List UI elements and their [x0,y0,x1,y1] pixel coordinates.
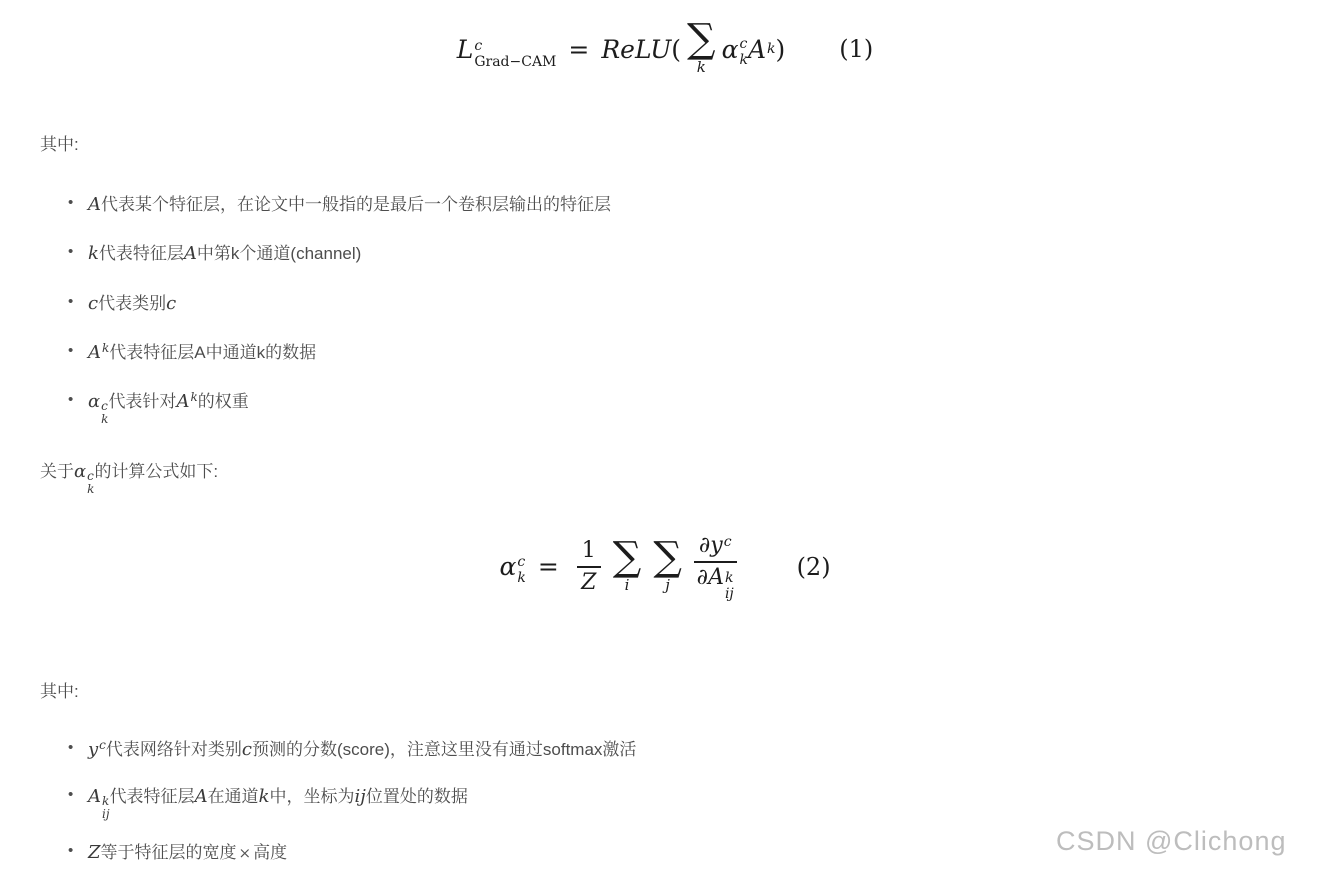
eq2-lhs-base: α [499,554,516,579]
text-segment: 关于 [40,462,74,481]
text-segment: 的权重 [198,392,249,411]
eq1-sum: ∑k [687,23,716,75]
text-segment: 中，坐标为 [269,787,354,806]
text-segment: 代表类别 [98,294,166,313]
csdn-watermark: CSDN @Clichong [1056,826,1286,857]
text-segment: 代表某个特征层，在论文中一般指的是最后一个卷积层输出的特征层 [101,195,611,214]
text-segment: 位置处的数据 [366,787,468,806]
equation-2: αck = 1Z ∑i ∑j ∂yc ∂Akij [499,535,742,598]
inline-math: k [88,243,99,264]
eq2-gradient-fraction: ∂yc ∂Akij [694,535,737,598]
inline-math: ij [354,786,365,807]
equation-1-number: (1) [839,37,873,61]
inline-math: yc [88,740,106,760]
inline-math: Z [88,842,101,863]
eq1-feature-base: A [748,37,766,62]
where-label-1: 其中: [0,134,1330,157]
inline-math: c [88,293,98,314]
article-page: LcGrad−CAM = ReLU(∑kαckAk) (1) 其中: A代表某个… [0,0,1330,891]
eq1-weight-scripts: ck [739,37,747,68]
equation-2-row: αck = 1Z ∑i ∑j ∂yc ∂Akij (2) [0,517,1330,617]
eq2-lhs-scripts: ck [517,555,525,586]
eq2-sum-j: ∑j [653,541,682,593]
eq2-frac-1-over-z: 1Z [577,540,601,594]
text-segment: 中第k个通道(channel) [197,244,361,263]
equation-2-number: (2) [797,555,831,579]
alpha-formula-intro: 关于αck的计算公式如下: [0,460,1330,493]
inline-math: c [242,739,252,760]
text-segment: 代表特征层 [99,244,184,263]
eq2-equals: = [538,554,559,579]
list-item: k代表特征层A中第k个通道(channel) [88,242,1330,266]
inline-math: c [166,293,176,314]
list-item: yc代表网络针对类别c预测的分数(score)，注意这里没有通过softmax激… [88,738,1330,762]
equation-1-row: LcGrad−CAM = ReLU(∑kαckAk) (1) [0,0,1330,72]
inline-math: A [195,786,208,807]
inline-math: A [184,243,197,264]
eq1-func: ReLU [601,37,671,62]
where-label-2: 其中: [0,681,1330,704]
list-item: Ak代表特征层A中通道k的数据 [88,341,1330,365]
text-segment: 代表特征层 [110,787,195,806]
text-segment: 预测的分数(score)，注意这里没有通过softmax激活 [252,740,636,759]
variable-list-1: A代表某个特征层，在论文中一般指的是最后一个卷积层输出的特征层 k代表特征层A中… [0,193,1330,424]
text-segment: 在通道 [208,787,259,806]
equation-1: LcGrad−CAM = ReLU(∑kαckAk) [457,23,786,75]
text-segment: 代表针对 [108,392,176,411]
list-item: Akij代表特征层A在通道k中，坐标为ij位置处的数据 [88,785,1330,818]
inline-math: k [259,786,270,807]
list-item: c代表类别c [88,292,1330,316]
eq1-open-paren: ( [671,37,681,62]
text-segment: 的计算公式如下: [94,462,218,481]
text-segment: 代表网络针对类别 [106,740,242,759]
eq1-equals: = [568,37,589,62]
inline-math: Ak [88,343,109,363]
inline-math: Ak [176,392,197,412]
eq2-sum-i: ∑i [613,541,642,593]
text-segment: 等于特征层的宽度 [101,843,237,862]
eq1-lhs-base: L [457,37,474,62]
eq1-close-paren: ) [776,37,786,62]
times-symbol: × [237,844,254,862]
text-segment: 代表特征层A中通道k的数据 [109,343,316,362]
text-segment: 高度 [253,843,287,862]
eq1-weight-base: α [722,37,739,62]
inline-math: Akij [88,787,110,807]
inline-math: αck [88,392,108,412]
list-item: αck代表针对Ak的权重 [88,390,1330,423]
eq1-lhs-scripts: cGrad−CAM [474,39,556,70]
inline-math: A [88,194,101,215]
list-item: A代表某个特征层，在论文中一般指的是最后一个卷积层输出的特征层 [88,193,1330,217]
eq1-feature-sup: k [767,42,775,56]
inline-math: αck [74,462,94,482]
